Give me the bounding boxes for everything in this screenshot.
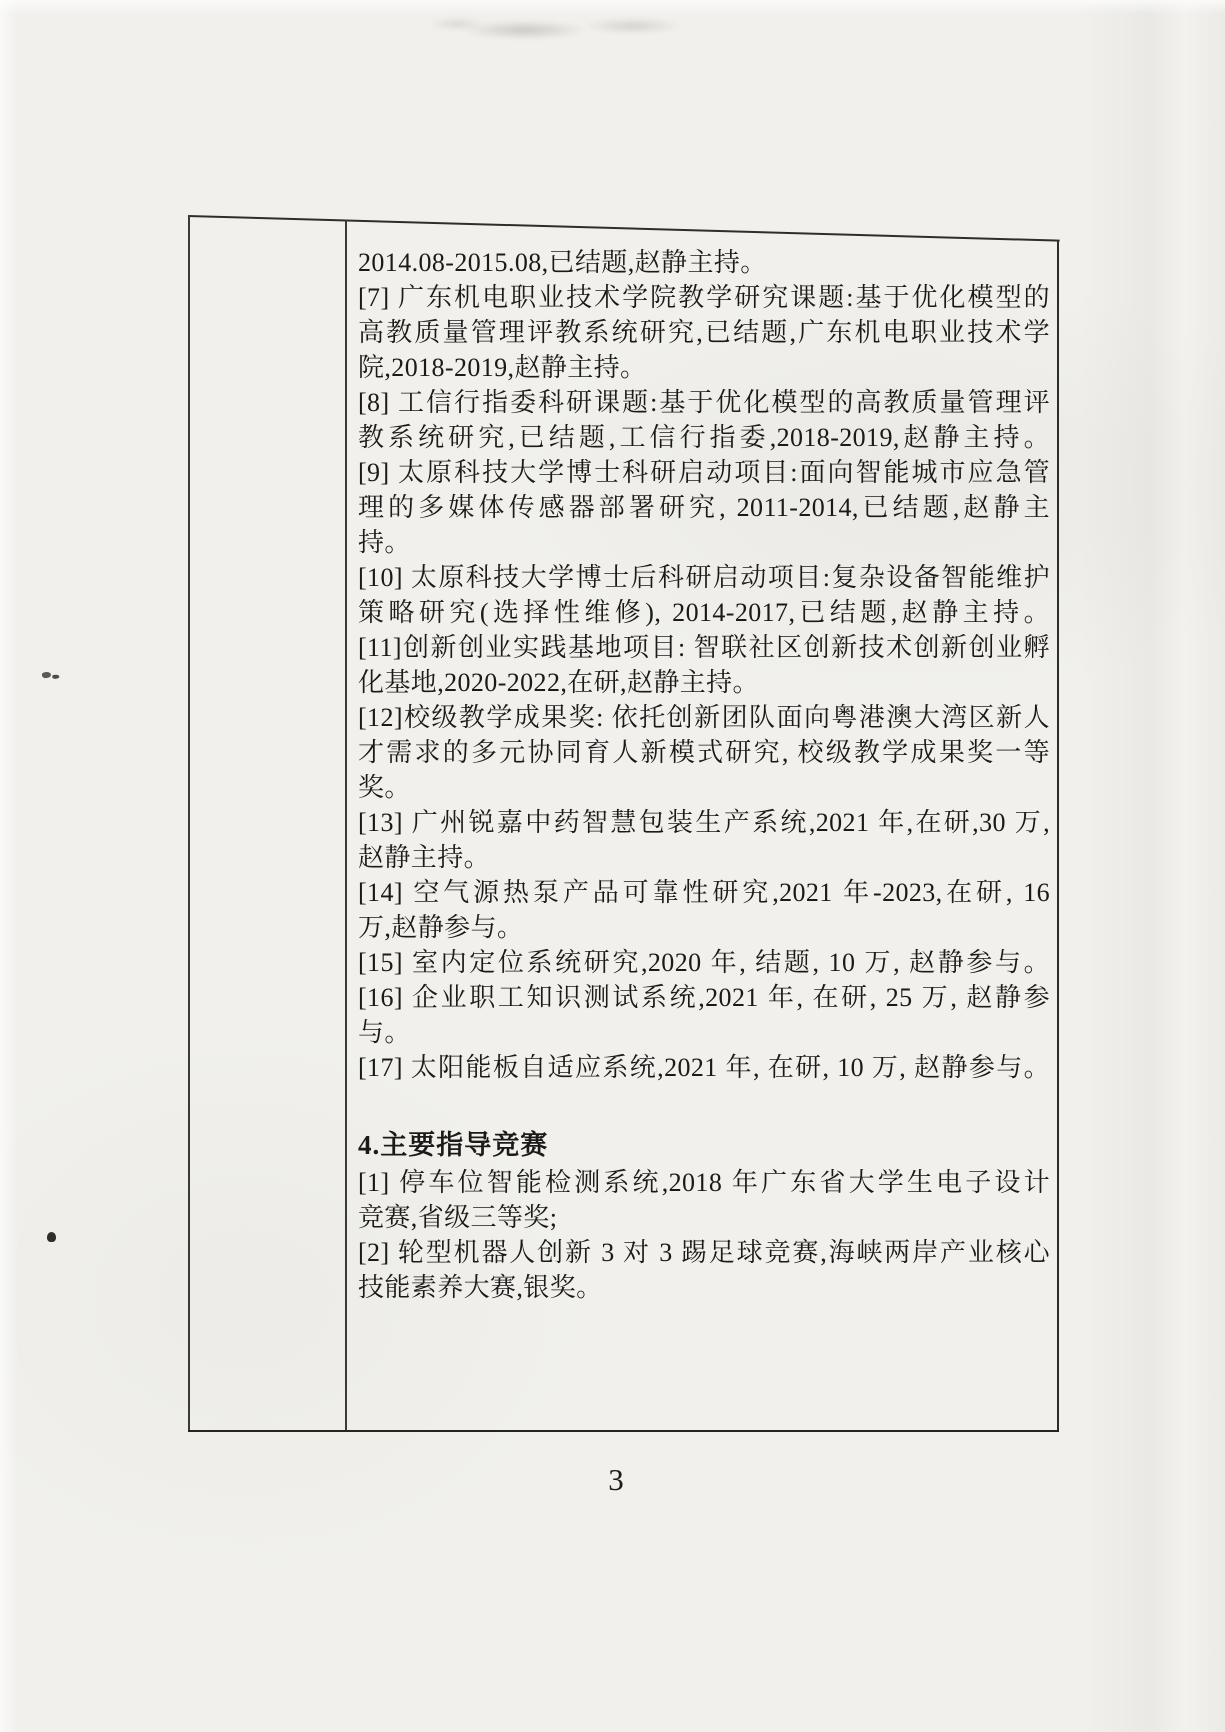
scan-speck	[42, 671, 52, 678]
table-column-divider	[345, 220, 347, 1430]
text-line: [8] 工信行指委科研课题:基于优化模型的高教质量管理评	[358, 385, 1050, 420]
page-number: 3	[566, 1462, 666, 1498]
text-line: [16] 企业职工知识测试系统,2021 年, 在研, 25 万, 赵静参	[358, 980, 1050, 1015]
text-line: 万,赵静参与。	[358, 910, 1050, 945]
text-line: [11]创新创业实践基地项目: 智联社区创新技术创新创业孵	[358, 630, 1050, 665]
text-line: [2] 轮型机器人创新 3 对 3 踢足球竞赛,海峡两岸产业核心	[358, 1235, 1050, 1270]
blank-line	[358, 1085, 1050, 1125]
text-line: 竞赛,省级三等奖;	[358, 1200, 1050, 1235]
text-line: 技能素养大赛,银奖。	[358, 1270, 1050, 1305]
scan-smudge	[430, 8, 700, 48]
text-line: 策略研究(选择性维修), 2014-2017,已结题,赵静主持。	[358, 595, 1050, 630]
text-line: [17] 太阳能板自适应系统,2021 年, 在研, 10 万, 赵静参与。	[358, 1050, 1050, 1085]
section-heading: 4.主要指导竞赛	[358, 1125, 1050, 1165]
table-border-right	[1057, 240, 1059, 1432]
text-line: 院,2018-2019,赵静主持。	[358, 350, 1050, 385]
text-line: 与。	[358, 1015, 1050, 1050]
text-line: [10] 太原科技大学博士后科研启动项目:复杂设备智能维护	[358, 560, 1050, 595]
text-line: 赵静主持。	[358, 840, 1050, 875]
text-line: 奖。	[358, 770, 1050, 805]
text-line: [7] 广东机电职业技术学院教学研究课题:基于优化模型的	[358, 280, 1050, 315]
text-line: 理的多媒体传感器部署研究, 2011-2014,已结题,赵静主	[358, 490, 1050, 525]
text-line: 2014.08-2015.08,已结题,赵静主持。	[358, 245, 1050, 280]
table-border-bottom	[188, 1430, 1059, 1432]
scan-speck	[47, 1232, 56, 1242]
table-cell-content: 2014.08-2015.08,已结题,赵静主持。[7] 广东机电职业技术学院教…	[358, 245, 1050, 1425]
text-line: [1] 停车位智能检测系统,2018 年广东省大学生电子设计	[358, 1165, 1050, 1200]
resume-table: 2014.08-2015.08,已结题,赵静主持。[7] 广东机电职业技术学院教…	[188, 215, 1059, 1432]
text-line: [13] 广州锐嘉中药智慧包装生产系统,2021 年,在研,30 万,	[358, 805, 1050, 840]
text-line: [9] 太原科技大学博士科研启动项目:面向智能城市应急管	[358, 455, 1050, 490]
table-cell-label	[190, 220, 345, 1430]
text-line: [14] 空气源热泵产品可靠性研究,2021 年-2023,在研, 16	[358, 875, 1050, 910]
text-line: 教系统研究,已结题,工信行指委,2018-2019,赵静主持。	[358, 420, 1050, 455]
text-line: 才需求的多元协同育人新模式研究, 校级教学成果奖一等	[358, 735, 1050, 770]
scanned-document-page: 2014.08-2015.08,已结题,赵静主持。[7] 广东机电职业技术学院教…	[0, 0, 1225, 1732]
text-line: 高教质量管理评教系统研究,已结题,广东机电职业技术学	[358, 315, 1050, 350]
text-line: [12]校级教学成果奖: 依托创新团队面向粤港澳大湾区新人	[358, 700, 1050, 735]
text-line: [15] 室内定位系统研究,2020 年, 结题, 10 万, 赵静参与。	[358, 945, 1050, 980]
text-line: 化基地,2020-2022,在研,赵静主持。	[358, 665, 1050, 700]
text-line: 持。	[358, 525, 1050, 560]
